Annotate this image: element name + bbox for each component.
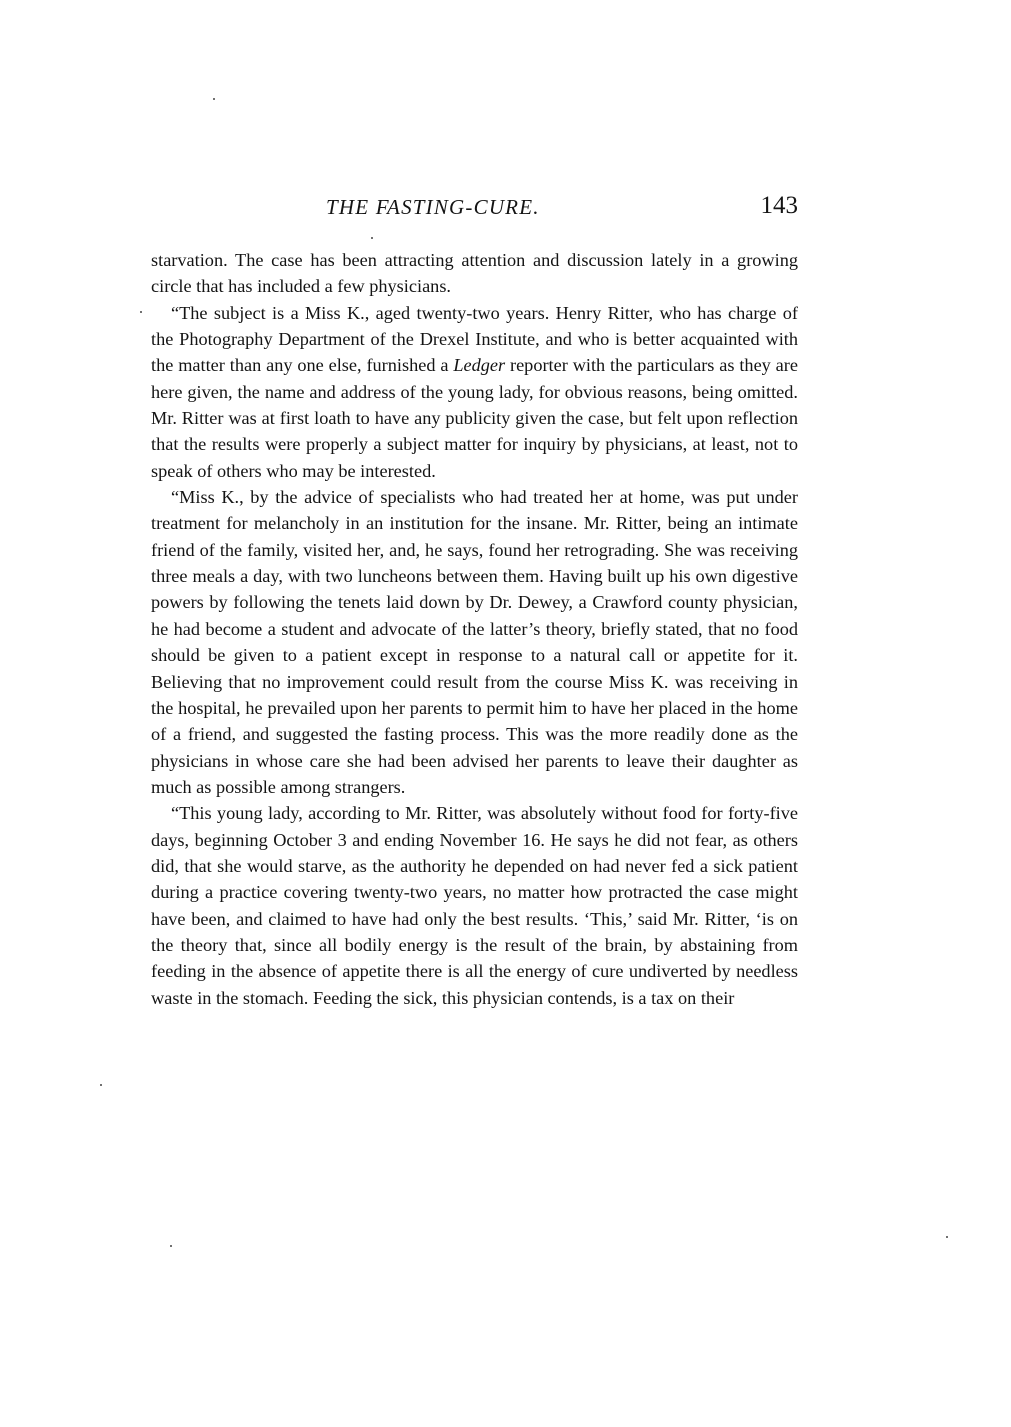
italic-newspaper-title: Ledger: [453, 355, 505, 375]
body-text: starvation. The case has been attracting…: [151, 247, 798, 1011]
running-title: THE FASTING-CURE.: [326, 195, 540, 220]
scan-speck: [371, 237, 373, 239]
scan-speck: [100, 1084, 102, 1086]
scan-speck: [170, 1245, 172, 1247]
paragraph-treatment: “Miss K., by the advice of specialists w…: [151, 484, 798, 800]
page-number: 143: [761, 192, 799, 220]
scan-speck: [140, 311, 142, 313]
paragraph-fasting: “This young lady, according to Mr. Ritte…: [151, 800, 798, 1011]
paragraph-continuation: starvation. The case has been attracting…: [151, 247, 798, 300]
scan-speck: [213, 98, 215, 100]
scan-speck: [946, 1236, 948, 1238]
page-header: THE FASTING-CURE. 143: [150, 195, 798, 229]
book-page: THE FASTING-CURE. 143 starvation. The ca…: [0, 0, 1011, 1427]
paragraph-subject: “The subject is a Miss K., aged twenty-t…: [151, 300, 798, 484]
